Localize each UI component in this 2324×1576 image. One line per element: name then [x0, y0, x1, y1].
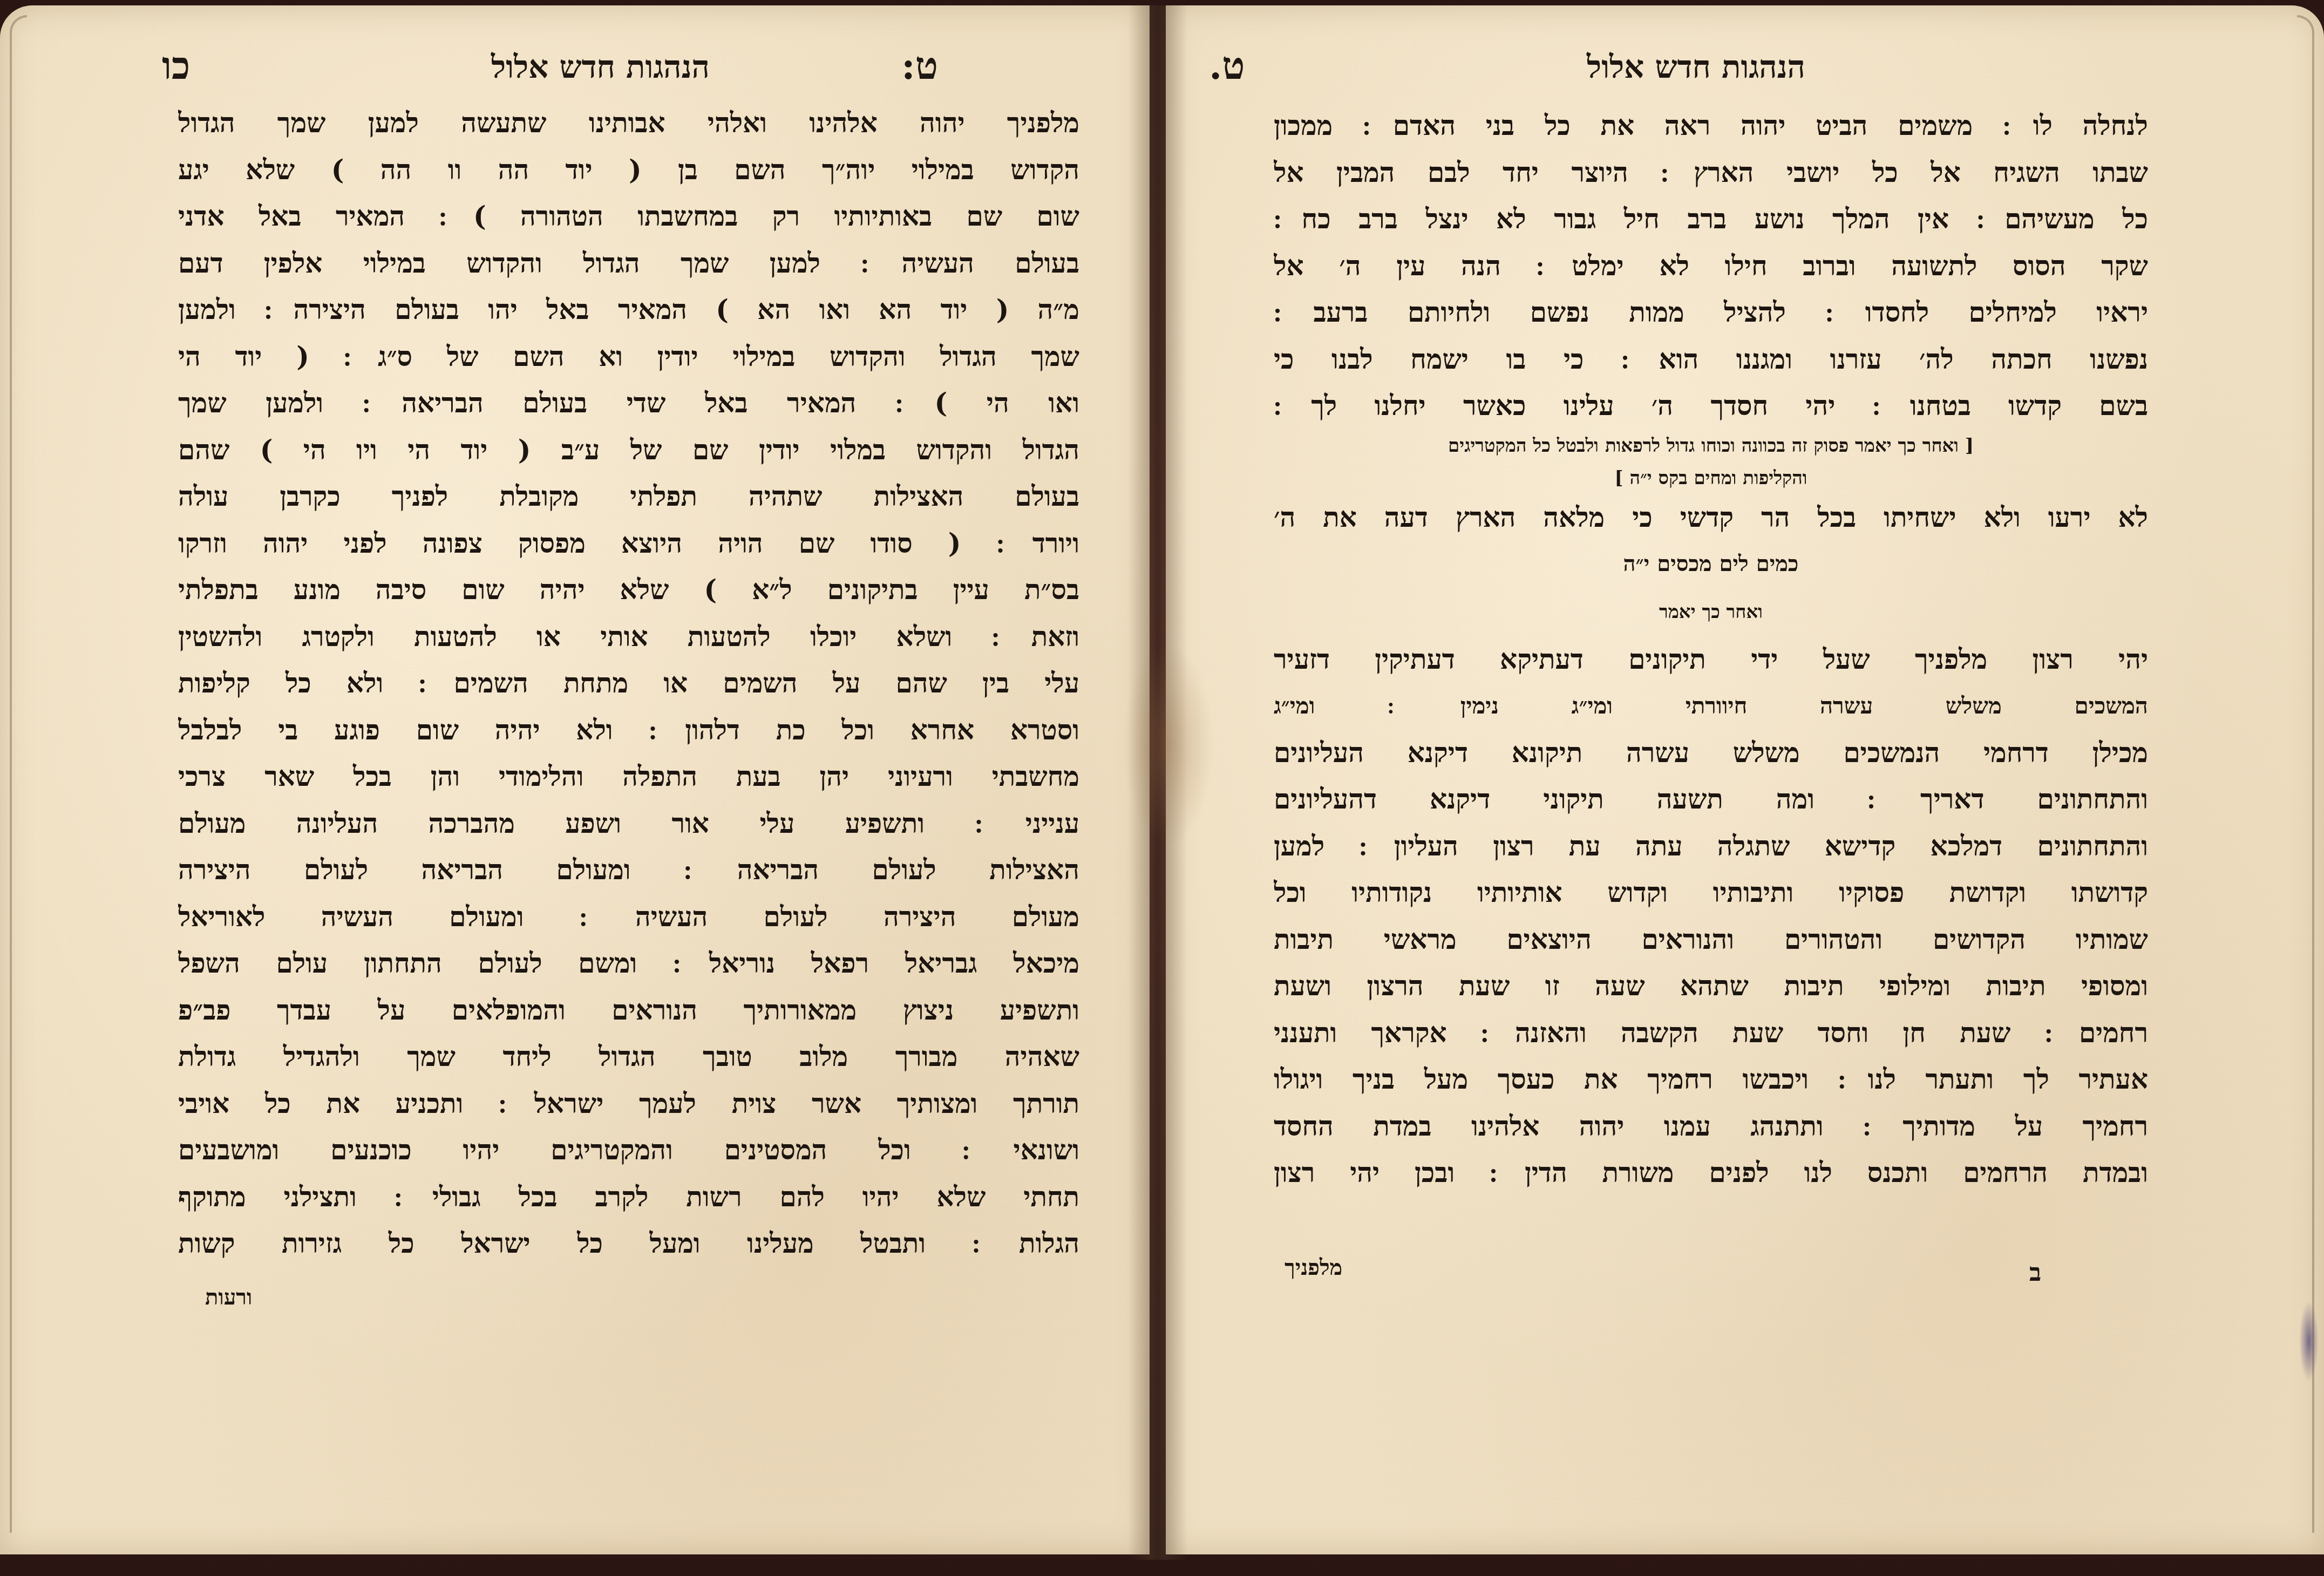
left-body-text: מלפניך יהוה אלהינו ואלהי אבותינו שתעשה ל… — [178, 100, 1079, 1267]
text-line: ותשפיע ניצוץ ממאורותיך הנוראים והמופלאים… — [178, 987, 1079, 1034]
text-line: בשם קדשו בטחנו ׃ יהי חסדך ה׳ עלינו כאשר … — [1274, 383, 2148, 430]
text-line: מלפניך יהוה אלהינו ואלהי אבותינו שתעשה ל… — [178, 100, 1079, 147]
text-line: כל מעשיהם ׃ אין המלך נושע ברב חיל גבור ל… — [1274, 196, 2148, 243]
text-line: והתחתונים דמלכא קדישא שתגלה עתה עת רצון … — [1274, 823, 2148, 870]
text-line: ובמדת הרחמים ותכנס לנו לפנים משורת הדין … — [1274, 1150, 2148, 1197]
text-line: רחמיך על מדותיך ׃ ותתנהג עמנו יהוה אלהינ… — [1274, 1103, 2148, 1150]
text-line: בעולם האצילות שתהיה תפלתי מקובלת לפניך כ… — [178, 473, 1079, 520]
right-page-header: ט. הנהגות חדש אלול — [1209, 43, 2234, 103]
text-line: עלי בין שהם על השמים או מתחת השמים ׃ ולא… — [178, 660, 1079, 707]
text-line: ומסופי תיבות ומילופי תיבות שתהא שעה זו ש… — [1274, 963, 2148, 1010]
bracketed-note: [ ואחר כך יאמר פסוק זה בכוונה וכוחו גדול… — [1274, 430, 2148, 462]
left-page: כו הנהגות חדש אלול ט: מלפניך יהוה אלהינו… — [0, 5, 1150, 1554]
text-line: ענייני ׃ ותשפיע עלי אור ושפע מהברכה העלי… — [178, 800, 1079, 847]
text-line: וסטרא אחרא וכל כת דלהון ׃ ולא יהיה שום פ… — [178, 707, 1079, 754]
text-line: הקדוש במילוי יוה״ך השם בן ( יוד הה וו הה… — [178, 147, 1079, 194]
text-line: רחמים ׃ שעת חן וחסד שעת הקשבה והאזנה ׃ א… — [1274, 1010, 2148, 1057]
instruction-line: ואחר כך יאמר — [1274, 588, 2148, 636]
text-line: מיכאל גבריאל רפאל נוריאל ׃ ומשם לעולם הת… — [178, 940, 1079, 987]
right-page: ט. הנהגות חדש אלול לנחלה לו ׃ משמים הביט… — [1166, 5, 2324, 1554]
text-line: לנחלה לו ׃ משמים הביט יהוה ראה את כל בני… — [1274, 103, 2148, 150]
text-line: ויורד ׃ ( סודו שם הויה היוצא מפסוק צפונה… — [178, 520, 1079, 567]
text-line: תחתי שלא יהיו להם רשות לקרב בכל גבולי ׃ … — [178, 1174, 1079, 1221]
left-page-header: כו הנהגות חדש אלול ט: — [162, 43, 1025, 103]
ink-blot — [2299, 1301, 2319, 1382]
text-line: וזאת ׃ ושלא יוכלו להטעות אותי או להטעות … — [178, 614, 1079, 661]
book-spread: כו הנהגות חדש אלול ט: מלפניך יהוה אלהינו… — [0, 5, 2324, 1560]
right-running-title: הנהגות חדש אלול — [1587, 49, 1805, 85]
right-folio-mark: ט. — [1209, 43, 1245, 89]
text-line: ואו הי ) ׃ המאיר באל שדי בעולם הבריאה ׃ … — [178, 380, 1079, 427]
text-line: שקר הסוס לתשועה וברוב חילו לא ימלט ׃ הנה… — [1274, 243, 2148, 290]
left-folio-mark: ט: — [901, 43, 938, 89]
right-catchword: מלפניך — [1285, 1255, 1342, 1280]
text-line: הגלות ׃ ותבטל מעלינו ומעל כל ישראל כל גז… — [178, 1220, 1079, 1267]
text-line: בס״ת עיין בתיקונים ל״א ) שלא יהיה שום סי… — [178, 567, 1079, 614]
left-running-title: הנהגות חדש אלול — [491, 49, 710, 85]
right-body-text: לנחלה לו ׃ משמים הביט יהוה ראה את כל בני… — [1274, 103, 2148, 1197]
text-line: שמך הגדול והקדוש במילוי יודין וא השם של … — [178, 334, 1079, 381]
text-line: בעולם העשיה ׃ למען שמך הגדול והקדוש במיל… — [178, 240, 1079, 287]
signature-mark: ב — [2029, 1258, 2041, 1287]
text-line: והתחתונים דאריך ׃ ומה תשעה תיקוני דיקנא … — [1274, 776, 2148, 823]
text-line: מכילן דרחמי הנמשכים משלש עשרה תיקונא דיק… — [1274, 730, 2148, 777]
text-line: מ״ה ( יוד הא ואו הא ) המאיר באל יהו בעול… — [178, 287, 1079, 334]
text-line: ושונאי ׃ וכל המסטינים והמקטריגים יהיו כו… — [178, 1127, 1079, 1174]
text-line: מעולם היצירה לעולם העשיה ׃ ומעולם העשיה … — [178, 894, 1079, 941]
text-line: הגדול והקדוש במלוי יודין שם של ע״ב ( יוד… — [178, 427, 1079, 474]
water-stain — [1123, 642, 1214, 847]
text-line: שבתו השגיח אל כל יושבי הארץ ׃ היוצר יחד … — [1274, 150, 2148, 196]
left-catchword: ורעות — [205, 1285, 252, 1310]
left-page-number: כו — [162, 43, 190, 89]
text-line: נפשנו חכתה לה׳ עזרנו ומגננו הוא ׃ כי בו … — [1274, 336, 2148, 383]
text-line: קדושתו וקדושת פסוקיו ותיבותיו וקדוש אותי… — [1274, 869, 2148, 916]
text-line: יהי רצון מלפניך שעל ידי תיקונים דעתיקא ד… — [1274, 636, 2148, 683]
text-line: האצילות לעולם הבריאה ׃ ומעולם הבריאה לעו… — [178, 847, 1079, 894]
text-line: מחשבתי ורעיוני יהן בעת התפלה והלימודי וה… — [178, 753, 1079, 800]
text-line: שום שם באותיותיו רק במחשבתו הטהורה ) ׃ ה… — [178, 193, 1079, 240]
text-line: תורתך ומצותיך אשר צוית לעמך ישראל ׃ ותכנ… — [178, 1081, 1079, 1127]
text-line: שאהיה מבורך מלוב טובך הגדול ליחד שמך ולה… — [178, 1034, 1079, 1081]
verse-line: לא ירעו ולא ישחיתו בכל הר קדשי כי מלאה ה… — [1274, 494, 2148, 541]
text-line: יראיו למיחלים לחסדו ׃ להציל ממות נפשם ול… — [1274, 289, 2148, 336]
text-line: אעתיר לך ותעתר לנו ׃ ויכבשו רחמיך את כעס… — [1274, 1056, 2148, 1103]
verse-tail: כמים לים מכסים י״ה — [1274, 541, 2148, 588]
text-line: שמותיו הקדושים והטהורים והנוראים היוצאים… — [1274, 916, 2148, 963]
text-line: המשכים משלש עשרה חיוורתי ומי״ג נימין ׃ ו… — [1274, 683, 2148, 730]
bracketed-note: והקליפות ומחים בקס י״ה ] — [1274, 462, 2148, 494]
